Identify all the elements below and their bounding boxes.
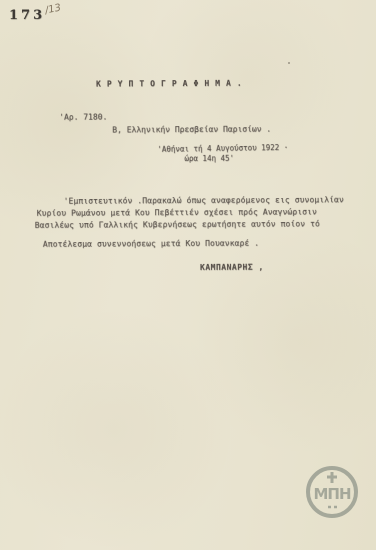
body-line: Αποτέλεσμα συνεννοήσεως μετά Κου Πουανκα…: [43, 239, 259, 249]
document-title: Κ Ρ Υ Π Τ Ο Γ Ρ Α Φ Η Μ Α .: [96, 79, 242, 89]
svg-text:ΜΠΗ: ΜΠΗ: [313, 485, 350, 503]
archive-seal-icon: ΜΠΗ: [303, 463, 361, 521]
time-line: ώρα 14η 45': [184, 154, 234, 163]
scanned-telegram-page: 173 /13 Κ Ρ Υ Π Τ Ο Γ Ρ Α Φ Η Μ Α . 'Αρ.…: [0, 0, 376, 550]
body-line: Βασιλέως υπό Γαλλικής Κυβερνήσεως ερωτήσ…: [35, 219, 320, 229]
signature: ΚΑΜΠΑΝΑΡΗΣ ,: [200, 263, 264, 272]
recipient-line: Β, Ελληνικήν Πρεσβείαν Παρισίων .: [112, 125, 271, 135]
body-line: Κυρίου Ρωμάνου μετά Κου Πεβέττιέν σχέσει…: [37, 207, 317, 217]
archive-seal: ΜΠΗ: [303, 463, 361, 521]
body-line: 'Εμπιστευτικόν .Παρακαλώ όπως αναφερόμεν…: [64, 195, 344, 205]
protocol-number: 'Αρ. 7180.: [59, 112, 107, 121]
date-line: 'Αθήναι τή 4 Αυγούστου 1922 ·: [157, 143, 288, 154]
